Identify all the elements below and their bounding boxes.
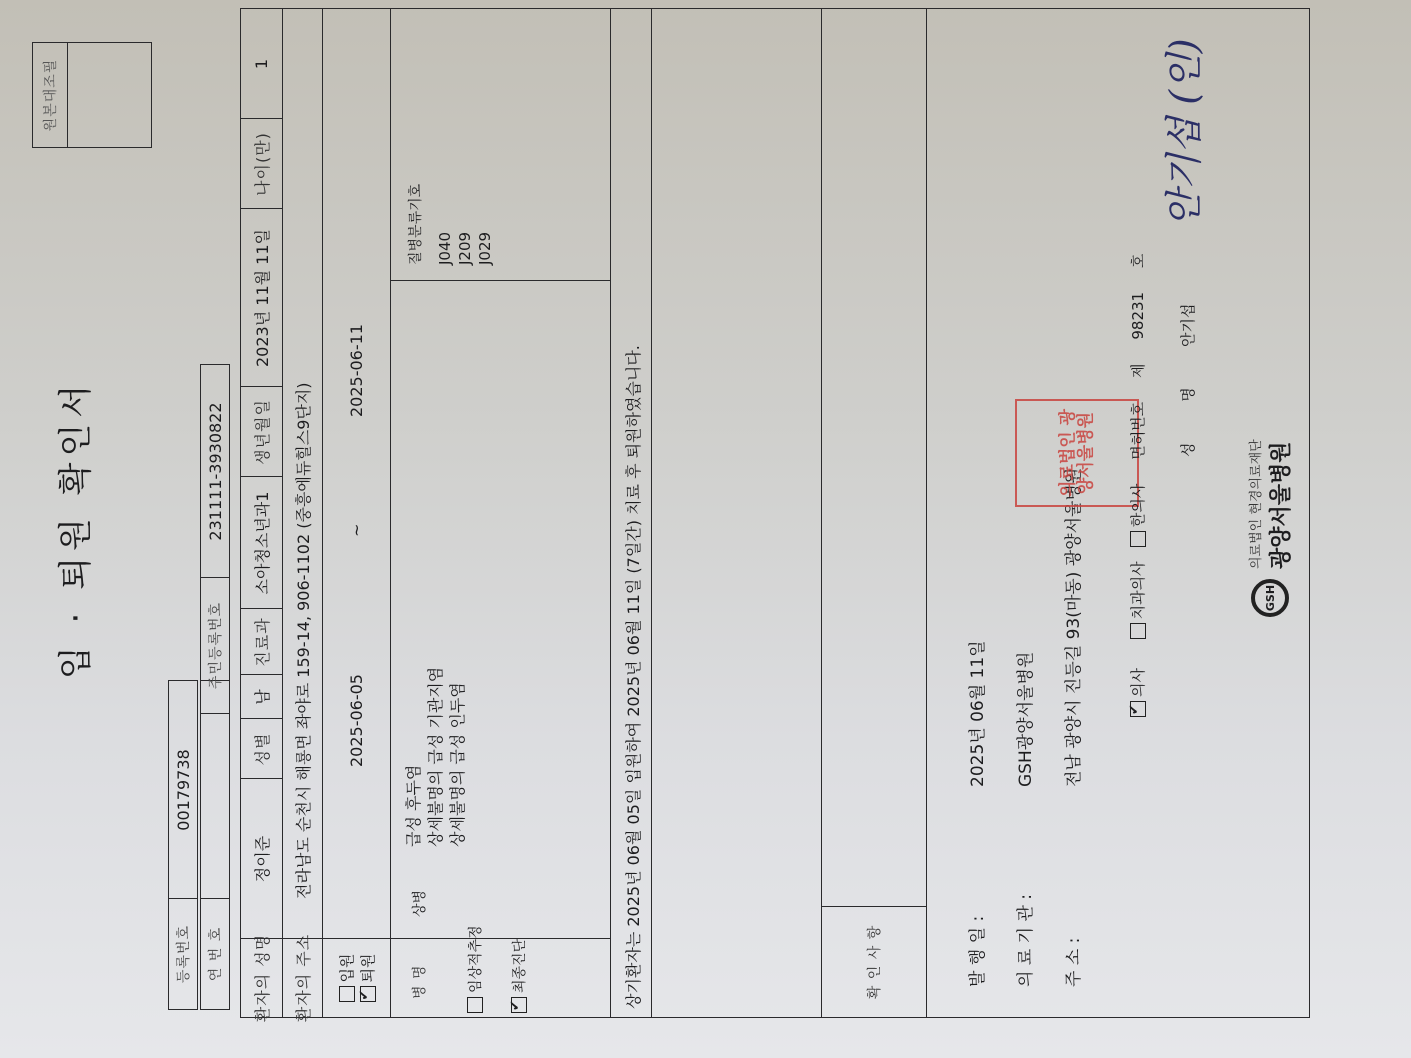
issue-address: 전남 광양시 진등길 93(마동) 광양서울병원 — [1059, 468, 1084, 787]
age-value: 1 — [241, 9, 282, 119]
institution-name: GSH광양서울병원 — [1011, 652, 1036, 787]
patient-name-label: 환자의 성명 — [241, 939, 282, 1017]
hospital-foundation: 의료법인 현경의료재단 — [1245, 439, 1264, 569]
clinical-estimate-check-icon — [467, 997, 483, 1013]
disease-code: J029 — [475, 232, 495, 265]
resident-number-value: 231111-3930822 — [201, 365, 229, 578]
oriental-doctor-check-icon — [1130, 531, 1146, 547]
period-row: 입원 퇴원 2025-06-05 ~ 2025-06-11 — [323, 9, 391, 1017]
serial-number-label: 연 번 호 — [201, 898, 229, 1009]
age-label: 나이(만) — [241, 119, 282, 209]
department-value: 소아청소년과1 — [241, 477, 282, 609]
diagnosis-type: 병 명 임상적추정 최종진단 — [391, 939, 610, 1017]
physician-name: 안기섭 — [1177, 304, 1198, 347]
registration-number-label: 등록번호 — [169, 898, 197, 1009]
institution-label: 의 료 기 관 : — [1011, 894, 1036, 987]
hospital-name: 광양서울병원 — [1264, 439, 1295, 569]
period-separator: ~ — [347, 524, 366, 537]
disease-code: J040 — [435, 232, 455, 265]
admission-checkbox[interactable]: 입원 — [336, 954, 357, 1003]
resident-number-row: 주민등록번호 231111-3930822 — [200, 364, 230, 714]
license-number: 98231 — [1129, 292, 1147, 340]
hospital-logo: GSH 의료법인 현경의료재단 광양서울병원 — [1245, 439, 1295, 617]
admission-check-icon — [339, 987, 355, 1003]
sex-value: 남 — [241, 675, 282, 719]
period-start: 2025-06-05 — [347, 674, 366, 767]
issuance-section: 발 행 일 : 2025년 06월 11일 의 료 기 관 : GSH광양서울병… — [927, 9, 1311, 1017]
confirmation-row: 확 인 사 항 — [821, 9, 927, 1017]
address-value: 전라남도 순천시 해룡면 좌야로 159-14, 906-1102 (중흥에듀힐… — [283, 9, 322, 939]
document-title: 입 · 퇴원 확인서 — [48, 0, 97, 1058]
disease-name-label: 병 명 — [409, 965, 429, 1000]
issue-address-label: 주 소 : — [1059, 938, 1084, 987]
disease-list: 급성 후두염 상세불명의 급성 기관지염 상세불명의 급성 인두염 — [403, 667, 469, 847]
dentist-check-icon — [1130, 623, 1146, 639]
disease-code-list: J040 J209 J029 — [435, 232, 495, 265]
license-suffix: 호 — [1129, 254, 1147, 269]
disease-item: 상세불명의 급성 기관지염 — [425, 667, 447, 847]
statement-row: 상기환자는 2025년 06월 05일 입원하여 2025년 06월 11일 (… — [611, 9, 651, 1017]
issue-date: 2025년 06월 11일 — [963, 640, 988, 787]
diagnosis-row: 병 명 임상적추정 최종진단 상병 급성 후두염 상세불명의 급성 기관지염 상… — [391, 9, 611, 1017]
discharge-checkbox[interactable]: 퇴원 — [357, 954, 378, 1003]
discharge-check-icon — [360, 987, 376, 1003]
hospital-seal-stamp: 의료법인 광양서울병원 — [1015, 399, 1139, 507]
serial-number-row: 연 번 호 — [200, 680, 230, 1010]
doctor-checkbox[interactable]: 의사 — [1129, 668, 1147, 717]
patient-name: 정이준 — [241, 779, 282, 939]
oriental-doctor-checkbox[interactable]: 한의사 — [1129, 484, 1147, 547]
issue-date-label: 발 행 일 : — [963, 916, 988, 987]
final-diagnosis-check-icon — [511, 997, 527, 1013]
confirmation-label: 확 인 사 항 — [822, 907, 926, 1017]
registration-number-value: 00179738 — [169, 681, 197, 899]
physician-name-label: 성 명 — [1177, 369, 1198, 457]
gsh-logo-icon: GSH — [1251, 579, 1289, 617]
certificate-page: 원본대조필 입 · 퇴원 확인서 등록번호 00179738 연 번 호 주민등… — [0, 0, 1411, 1058]
registration-number-row: 등록번호 00179738 — [168, 680, 198, 1010]
period-end: 2025-06-11 — [347, 324, 366, 417]
disease-item: 급성 후두염 — [403, 667, 425, 847]
doctor-check-icon — [1130, 701, 1146, 717]
final-diagnosis-checkbox[interactable]: 최종진단 — [509, 939, 529, 1013]
physician-type: 의사 치과의사 한의사 면허번호 제 98231 호 — [1127, 254, 1148, 717]
address-label: 환자의 주소 — [283, 939, 322, 1017]
department-label: 진료과 — [241, 609, 282, 675]
birthdate-value: 2023년 11월 11일 — [241, 209, 282, 387]
disease-code: J209 — [455, 232, 475, 265]
statement-text: 상기환자는 2025년 06월 05일 입원하여 2025년 06월 11일 (… — [621, 345, 644, 1009]
dentist-checkbox[interactable]: 치과의사 — [1129, 561, 1147, 639]
disease-item: 상세불명의 급성 인두염 — [447, 667, 469, 847]
patient-row: 환자의 성명 정이준 성별 남 진료과 소아청소년과1 생년월일 2023년 1… — [241, 9, 283, 1017]
physician-signature: 안기섭 (인) — [1153, 38, 1208, 227]
birthdate-label: 생년월일 — [241, 387, 282, 477]
license-label: 면허번호 — [1129, 402, 1147, 460]
certificate-table: 환자의 성명 정이준 성별 남 진료과 소아청소년과1 생년월일 2023년 1… — [240, 8, 1310, 1018]
resident-number-label: 주민등록번호 — [201, 577, 229, 713]
disease-code-label: 질병분류기호 — [405, 184, 425, 265]
admission-type: 입원 퇴원 — [323, 939, 390, 1017]
diagnosis-category-label: 상병 — [409, 890, 429, 917]
blank-area — [651, 9, 821, 1017]
license-prefix: 제 — [1129, 363, 1147, 378]
address-row: 환자의 주소 전라남도 순천시 해룡면 좌야로 159-14, 906-1102… — [283, 9, 323, 1017]
sex-label: 성별 — [241, 719, 282, 779]
